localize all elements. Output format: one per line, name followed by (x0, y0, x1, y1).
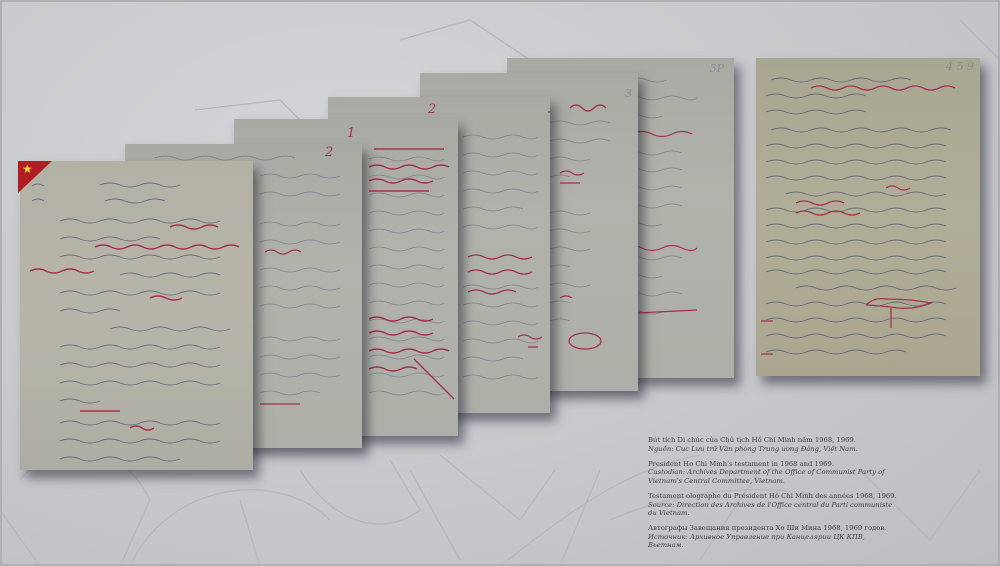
caption-fr-source-2: du Vietnam. (648, 509, 948, 518)
handwriting-lines (20, 161, 253, 470)
caption-ru-source-1: Источник: Архивное Управление при Канцел… (648, 533, 948, 542)
caption-vi-source: Nguồn: Cục Lưu trữ Văn phòng Trung ương … (648, 445, 948, 454)
caption-ru-source-2: Вьетнам. (648, 541, 948, 550)
caption-english: President Ho Chi Minh's testament in 196… (648, 460, 948, 486)
caption-ru-title: Автографы Завещания президента Хо Ши Мин… (648, 524, 948, 533)
page-number: 4 5 9 (946, 60, 974, 73)
page-number: 3P (710, 62, 724, 75)
caption-fr-source-1: Source: Direction des Archives de l'Offi… (648, 501, 948, 510)
caption-en-source-1: Custodian: Archives Department of the Of… (648, 468, 948, 477)
caption-vi-title: Bút tích Di chúc của Chủ tịch Hồ Chí Min… (648, 436, 948, 445)
caption-russian: Автографы Завещания президента Хо Ши Мин… (648, 524, 948, 550)
page-number: 2 (325, 145, 333, 160)
caption-en-title: President Ho Chi Minh's testament in 196… (648, 460, 948, 469)
caption-en-source-2: Vietnam's Central Committee, Vietnam. (648, 477, 948, 486)
star-icon: ★ (22, 163, 33, 175)
handwriting-lines (756, 58, 980, 376)
page-number: 1 (347, 126, 355, 141)
caption-french: Testament olographe du Président Hô Chi … (648, 492, 948, 518)
caption-fr-title: Testament olographe du Président Hô Chi … (648, 492, 948, 501)
exhibit-caption: Bút tích Di chúc của Chủ tịch Hồ Chí Min… (648, 436, 948, 557)
page-number: 2 (428, 102, 436, 117)
page-number: 3 (625, 87, 632, 100)
caption-vietnamese: Bút tích Di chúc của Chủ tịch Hồ Chí Min… (648, 436, 948, 453)
manuscript-page-1 (20, 161, 253, 470)
manuscript-page-7: 4 5 9 (756, 58, 980, 376)
